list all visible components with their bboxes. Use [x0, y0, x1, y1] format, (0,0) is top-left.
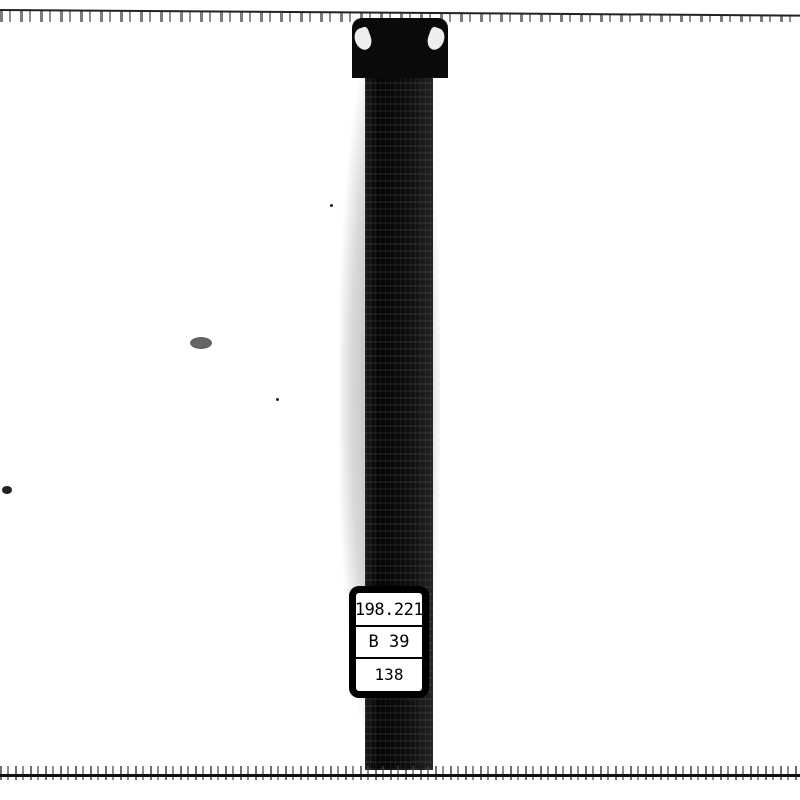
- call-number-cutter: B 39: [356, 627, 422, 657]
- scanned-cover: 198.221 B 39 138: [0, 0, 800, 800]
- call-number-class: 198.221: [356, 595, 422, 625]
- call-number-label: 198.221 B 39 138: [349, 586, 429, 698]
- cover-bottom-edge: [0, 766, 800, 780]
- ink-spot: [276, 398, 279, 401]
- call-number-item: 138: [356, 659, 422, 689]
- cover-bottom-line: [0, 774, 800, 777]
- ink-spot: [2, 486, 12, 494]
- ink-spot: [190, 337, 212, 349]
- ink-spot: [330, 204, 333, 207]
